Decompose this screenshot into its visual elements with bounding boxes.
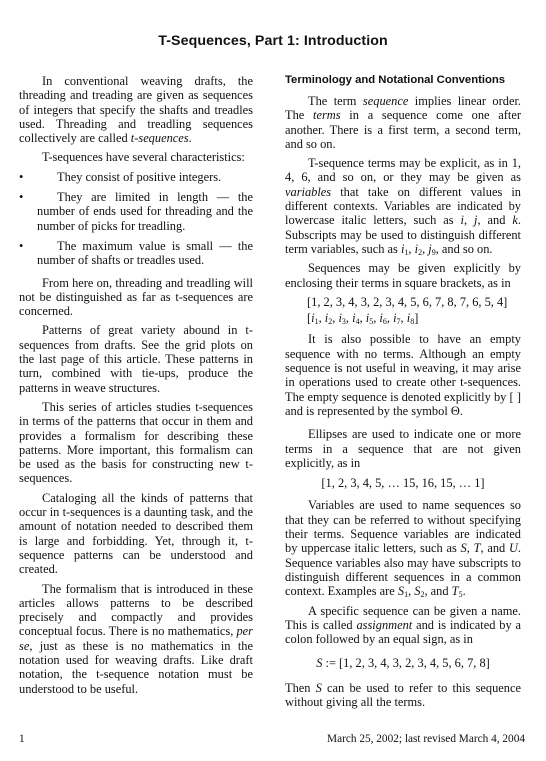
example-ellipsis-sequence: [1, 2, 3, 4, 5, … 15, 16, 15, … 1] [285,476,521,490]
paragraph-cataloging: Cataloging all the kinds of patterns tha… [19,491,253,577]
subscript: 2 [328,317,332,326]
bullet-icon: • [19,239,31,253]
text: , and [480,541,508,555]
bullet-icon: • [19,170,31,184]
paragraph-formalism: The formalism that is introduced in thes… [19,582,253,696]
var-U: U [509,541,518,555]
formalism-text: The formalism that is introduced in thes… [19,582,253,639]
list-item-text: The maximum value is small — the number … [37,239,253,267]
example-assignment: S := [1, 2, 3, 4, 3, 2, 3, 4, 5, 6, 7, 8… [285,656,521,670]
bracket: ] [414,311,418,325]
paragraph-series: This series of articles studies t-sequen… [19,400,253,486]
text: := [1, 2, 3, 4, 3, 2, 3, 4, 5, 6, 7, 8] [322,656,489,670]
example-explicit-sequence: [1, 2, 3, 4, 3, 2, 3, 4, 5, 6, 7, 8, 7, … [285,295,521,309]
intro-paragraph: In conventional weaving drafts, the thre… [19,74,253,145]
right-column: Terminology and Notational Conventions T… [285,74,521,714]
text: , [464,213,474,227]
text: . [463,584,466,598]
page-number: 1 [19,733,25,745]
page-title: T-Sequences, Part 1: Introduction [0,33,546,49]
var-T5: T [452,584,459,598]
characteristics-intro: T-sequences have several characteristics… [19,150,253,164]
paragraph-variables: T-sequence terms may be explicit, as in … [285,156,521,256]
list-item: •They are limited in length — the number… [19,190,253,233]
text: The term [308,94,363,108]
paragraph-empty-sequence: It is also possible to have an empty seq… [285,332,521,418]
paragraph-brackets: Sequences may be given explicitly by enc… [285,261,521,290]
paragraph-assignment: A specific sequence can be given a name.… [285,604,521,647]
subscript: 1 [315,317,319,326]
subscript: 1 [404,248,408,257]
term-assignment: assignment [356,618,412,632]
list-item: •The maximum value is small — the number… [19,239,253,268]
list-item: •They consist of positive integers. [19,170,253,184]
section-heading: Terminology and Notational Conventions [285,74,521,87]
term-sequence: sequence [363,94,408,108]
paragraph-ellipses: Ellipses are used to indicate one or mor… [285,427,521,470]
subscript: 6 [383,317,387,326]
term-variables: variables [285,185,331,199]
bullet-icon: • [19,190,31,204]
list-item-text: They are limited in length — the number … [37,190,253,233]
subscript: 4 [356,317,360,326]
characteristics-list: •They consist of positive integers. •The… [19,170,253,268]
formalism-text-end: , just as these is no mathematics in the… [19,639,253,696]
subscript: 2 [418,248,422,257]
term-terms: terms [313,108,341,122]
footer-date: March 25, 2002; last revised March 4, 20… [327,733,525,745]
term-t-sequences: t-sequences [131,131,189,145]
text: and so on. [439,242,493,256]
paragraph-sequence-variables: Variables are used to name sequences so … [285,498,521,598]
text: T-sequence terms may be explicit, as in … [285,156,521,184]
intro-end: . [189,131,192,145]
text: , and [477,213,512,227]
list-item-text: They consist of positive integers. [57,170,221,184]
paragraph-distinction: From here on, threading and treadling wi… [19,276,253,319]
text: , and [424,584,451,598]
paragraph-patterns: Patterns of great variety abound in t-se… [19,323,253,394]
subscript: 9 [432,248,436,257]
subscript: 3 [342,317,346,326]
paragraph-sequence-term: The term sequence implies linear order. … [285,94,521,151]
text: Then [285,681,316,695]
text: , [467,541,474,555]
left-column: In conventional weaving drafts, the thre… [19,74,253,701]
subscript: 7 [397,317,401,326]
example-variable-sequence: [i1, i2, i3, i4, i5, i6, i7, i8] [285,311,521,325]
subscript: 5 [369,317,373,326]
paragraph-then-s: Then S can be used to refer to this sequ… [285,681,521,710]
